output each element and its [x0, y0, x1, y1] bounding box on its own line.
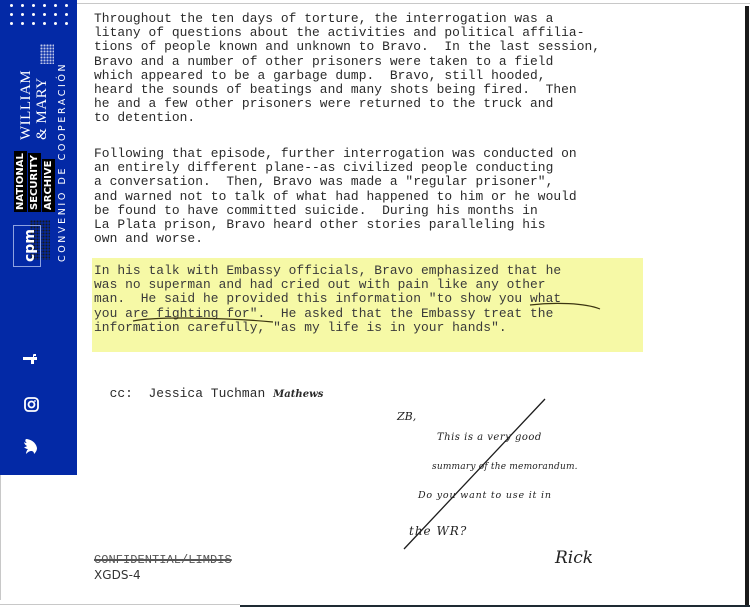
cc-line: cc: Jessica Tuchman Mathews [94, 373, 323, 402]
page-right-edge [745, 6, 749, 607]
handwritten-underlines [0, 0, 750, 607]
cc-recipient: cc: Jessica Tuchman [110, 386, 274, 401]
note-line-2: summary of the memorandum. [432, 462, 578, 472]
declassification-code: XGDS-4 [94, 568, 141, 582]
note-salutation: ZB, [397, 410, 416, 423]
note-line-3: Do you want to use it in [418, 490, 552, 501]
cc-handwritten-surname: Mathews [273, 389, 323, 400]
note-line-4: the WR? [409, 524, 467, 538]
note-signature: Rick [555, 548, 593, 568]
note-line-1: This is a very good [437, 432, 542, 443]
classification-struck: CONFIDENTIAL/LIMDIS [94, 553, 232, 567]
